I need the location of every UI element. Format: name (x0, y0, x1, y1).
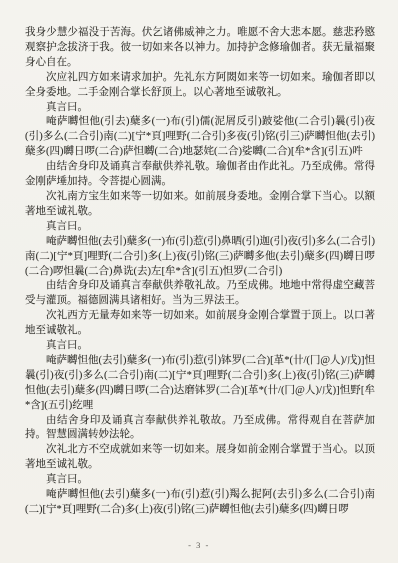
text-paragraph: 我身少慧少福没于苦海。伏乞诸佛威神之力。唯愿不舍大悲本愿。慈悲矜愍观察护念拔济于… (25, 26, 375, 71)
page-number: - 3 - (0, 540, 398, 550)
text-paragraph: 唵萨嚩怛他(去引)蘖多(一)布(引)惹(引)钵罗(二合)[革*(卄/(冂@人)/… (25, 354, 375, 414)
text-paragraph: 次礼西方无量寿如来等一切如来。如前展身金刚合掌置于顶上。以口著地至诚敬礼。 (25, 309, 375, 339)
text-paragraph: 由结舍身印及诵真言奉献供养礼敬。瑜伽者由作此礼。乃至成佛。常得金刚萨埵加持。令菩… (25, 160, 375, 190)
text-paragraph: 次应礼四方如来请求加护。先礼东方阿閦如来等一切如来。瑜伽者即以全身委地。二手金刚… (25, 71, 375, 101)
text-paragraph: 由结舍身印及诵真言奉献供养敬礼故。乃至成佛。地地中常得虚空藏菩受与灌顶。福德圆满… (25, 279, 375, 309)
text-paragraph: 唵萨嚩怛他(去引)蘖多(一)布(引)惹(引)羯么抳阿(去引)多么(二合引)南(二… (25, 488, 375, 518)
text-paragraph: 真言曰。 (25, 473, 375, 488)
sutra-text: 我身少慧少福没于苦海。伏乞诸佛威神之力。唯愿不舍大悲本愿。慈悲矜愍观察护念拔济于… (25, 26, 375, 518)
text-paragraph: 唵萨嚩怛他(引去)蘖多(一)布(引)儒(泥屑反引)跛娑他(二合引)曩(引)夜(引… (25, 115, 375, 160)
text-paragraph: 真言曰。 (25, 339, 375, 354)
text-paragraph: 次礼北方不空成就如来等一切如来。展身如前金刚合掌置于当心。以顶著地至诚礼敬。 (25, 443, 375, 473)
scanned-sutra-page: 我身少慧少福没于苦海。伏乞诸佛威神之力。唯愿不舍大悲本愿。慈悲矜愍观察护念拔济于… (0, 0, 398, 563)
text-paragraph: 次礼南方宝生如来等一切如来。如前展身委地。金刚合掌下当心。以额著地至诚礼敬。 (25, 190, 375, 220)
text-paragraph: 真言曰。 (25, 220, 375, 235)
text-paragraph: 唵萨嚩怛他(去引)蘖多(一)布(引)惹(引)鼻晒(引)迦(引)夜(引)多么(二合… (25, 235, 375, 280)
text-paragraph: 由结舍身印及诵真言奉献供养礼敬故。乃至成佛。常得观自在菩萨加持。智慧圆满转妙法轮… (25, 414, 375, 444)
text-paragraph: 真言曰。 (25, 101, 375, 116)
